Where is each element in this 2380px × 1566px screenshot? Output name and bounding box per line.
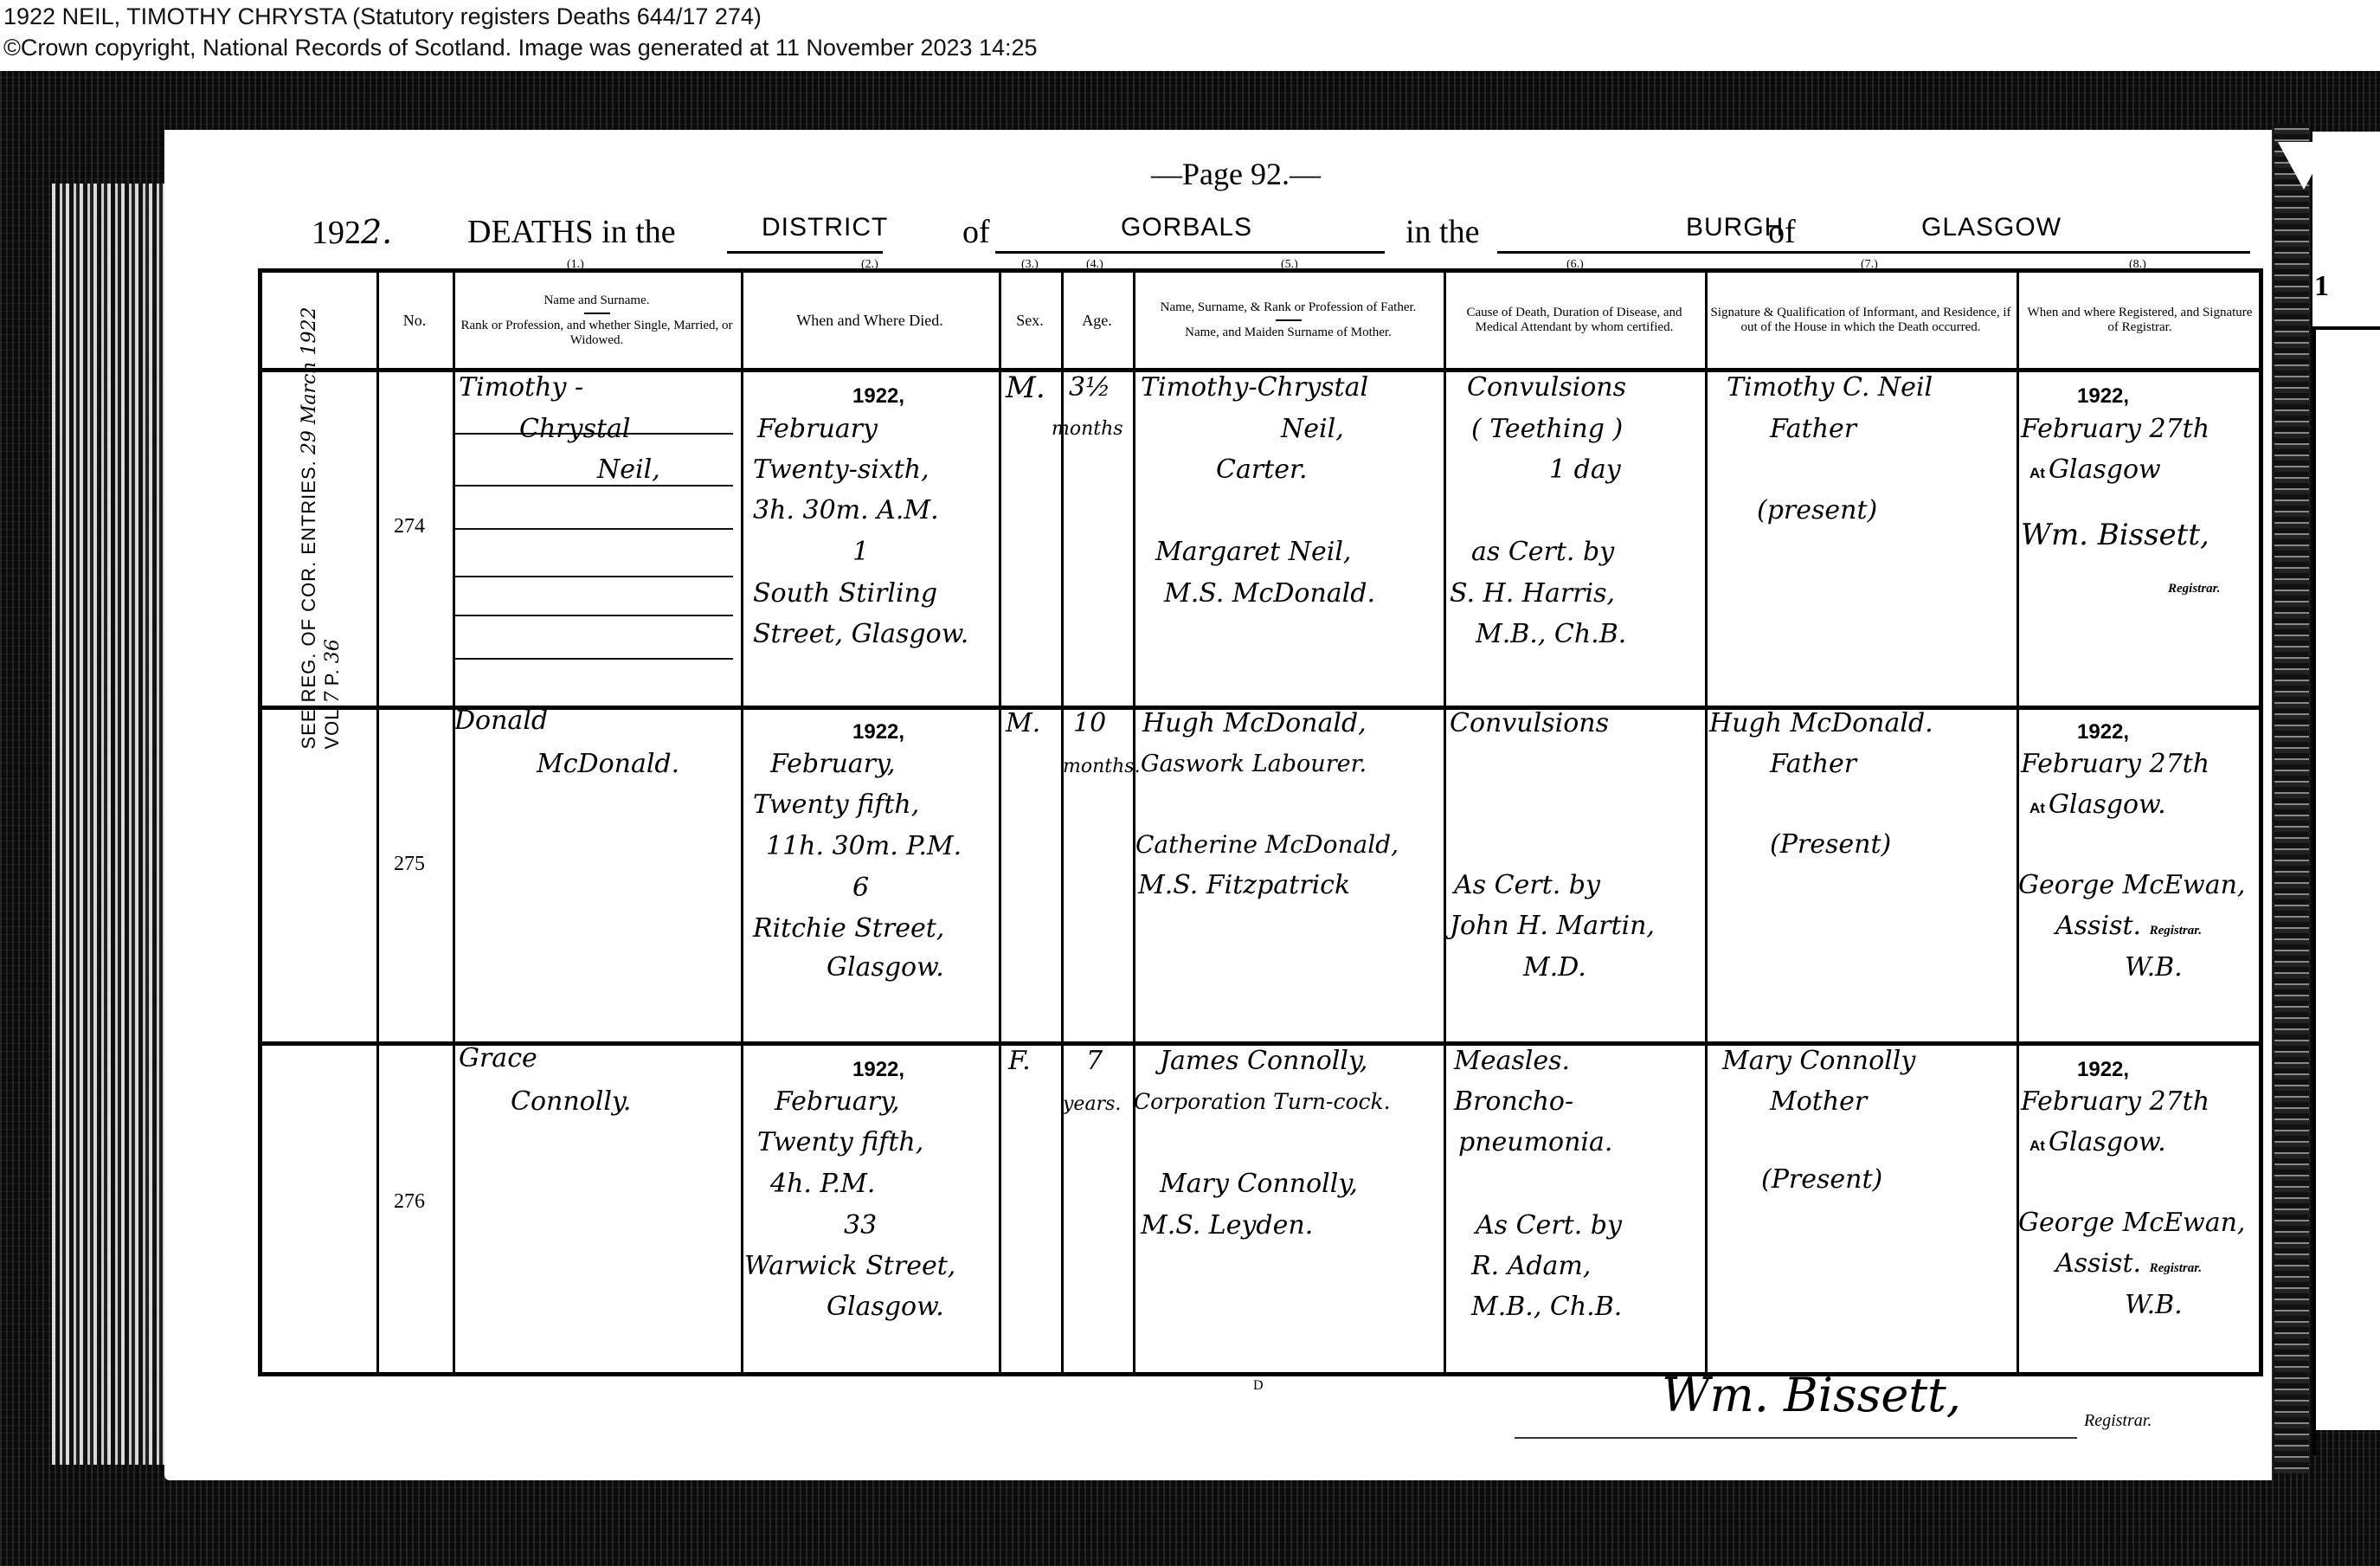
age-value: 10 bbox=[1073, 708, 1106, 739]
death-place: South Stirling bbox=[753, 578, 937, 609]
register-heading: 1922. DEATHS in the DISTRICT of GORBALS … bbox=[312, 208, 2250, 260]
heading-year: 1922. bbox=[312, 213, 392, 252]
deceased-name: Timothy - bbox=[459, 372, 583, 403]
mother-maiden-name: M.S. Leyden. bbox=[1141, 1210, 1313, 1241]
mother-name: Catherine McDonald, bbox=[1135, 829, 1399, 860]
header-parents-bottom: Name, and Maiden Surname of Mother. bbox=[1185, 325, 1392, 340]
registration-place: AtGlasgow. bbox=[2029, 789, 2166, 824]
facing-page: 1 bbox=[2312, 132, 2380, 1430]
registration-year: 1922, bbox=[2077, 1054, 2129, 1086]
death-month: February bbox=[757, 414, 878, 445]
age-unit: months bbox=[1052, 414, 1123, 445]
ruled-line bbox=[454, 576, 733, 577]
header-separator bbox=[1276, 319, 1302, 321]
informant-qualification: Father bbox=[1770, 749, 1856, 780]
column-divider bbox=[741, 273, 743, 1372]
header-registered: When and where Registered, and Signature… bbox=[2017, 273, 2263, 368]
margin-note-date: 29 March 1922 bbox=[299, 306, 320, 454]
header-parents-top: Name, Surname, & Rank or Profession of F… bbox=[1161, 300, 1417, 315]
cause-of-death: ( Teething ) bbox=[1471, 414, 1623, 445]
medical-qualification: M.B., Ch.B. bbox=[1476, 619, 1626, 650]
death-place: Street, Glasgow. bbox=[753, 619, 968, 650]
death-day: Twenty-sixth, bbox=[753, 454, 929, 486]
mother-maiden-name: M.S. Fitzpatrick bbox=[1138, 870, 1350, 901]
header-separator bbox=[584, 313, 610, 314]
margin-note-page: 36 bbox=[322, 639, 344, 663]
sex: M. bbox=[1006, 372, 1045, 403]
header-cause-label: Cause of Death, Duration of Disease, and… bbox=[1449, 306, 1700, 335]
death-year: 1922, bbox=[852, 381, 904, 412]
registrar-label: Registrar. bbox=[2150, 1261, 2202, 1275]
father-name: Timothy-Chrystal bbox=[1141, 372, 1368, 403]
registration-date: February 27th bbox=[2021, 414, 2210, 445]
certified-by-label: as Cert. by bbox=[1471, 537, 1614, 568]
ruled-line bbox=[454, 658, 733, 660]
heading-of-1: of bbox=[962, 213, 990, 251]
deceased-name: Grace bbox=[459, 1043, 537, 1074]
header-cause: Cause of Death, Duration of Disease, and… bbox=[1444, 273, 1705, 368]
informant-qualification: Mother bbox=[1770, 1086, 1867, 1118]
death-house-number: 33 bbox=[844, 1210, 877, 1241]
registration-place-name: Glasgow bbox=[2049, 454, 2161, 485]
ruled-line bbox=[454, 485, 733, 487]
father-name: Hugh McDonald, bbox=[1142, 708, 1367, 739]
heading-in-the: in the bbox=[1405, 213, 1479, 251]
facing-page-year: 1 bbox=[2314, 270, 2329, 303]
heading-deaths-label: DEATHS in the bbox=[467, 213, 676, 251]
registration-date: February 27th bbox=[2021, 749, 2210, 780]
informant-qualification: Father bbox=[1770, 414, 1856, 445]
district-type-underline bbox=[727, 251, 883, 254]
death-place: Warwick Street, bbox=[744, 1251, 955, 1282]
death-house-number: 1 bbox=[852, 537, 869, 568]
corrected-entries-note: SEE REG. OF COR. ENTRIES. 29 March 1922 … bbox=[262, 372, 379, 706]
registrar-label: Registrar. bbox=[2168, 582, 2220, 596]
medical-attendant: S. H. Harris, bbox=[1450, 578, 1615, 609]
margin-note-text: SEE REG. OF COR. ENTRIES. 29 March 1922 … bbox=[298, 306, 344, 749]
informant-signature: Mary Connolly bbox=[1722, 1046, 1915, 1077]
deceased-name: Neil, bbox=[597, 454, 660, 486]
father-occupation: Gaswork Labourer. bbox=[1141, 749, 1367, 780]
registrar-signature: George McEwan, bbox=[2018, 870, 2245, 901]
year-printed: 192 bbox=[312, 215, 361, 251]
father-name: Neil, bbox=[1281, 414, 1344, 445]
death-year: 1922, bbox=[852, 717, 904, 748]
death-month: February, bbox=[775, 1086, 900, 1118]
informant-signature: Hugh McDonald. bbox=[1709, 708, 1933, 739]
medical-attendant: John H. Martin, bbox=[1450, 911, 1655, 942]
heading-of-2: of bbox=[1768, 213, 1796, 251]
informant-residence: (present) bbox=[1757, 495, 1877, 526]
cause-of-death: Broncho- bbox=[1454, 1086, 1573, 1118]
burgh-type-underline bbox=[1497, 251, 1809, 254]
margin-note-printed: SEE REG. OF COR. ENTRIES. bbox=[298, 460, 319, 749]
cause-of-death: pneumonia. bbox=[1458, 1127, 1612, 1158]
year-handwritten: 2. bbox=[361, 213, 392, 251]
registrar-role: Assist. Registrar. bbox=[2055, 911, 2202, 946]
burgh-name: GLASGOW bbox=[1921, 213, 2062, 242]
death-house-number: 6 bbox=[852, 873, 869, 904]
page-number: —Page 92.— bbox=[1151, 156, 1321, 192]
mother-maiden-name: M.S. McDonald. bbox=[1164, 578, 1375, 609]
header-sex-label: Sex. bbox=[1016, 313, 1044, 328]
registration-place-name: Glasgow. bbox=[2049, 1127, 2166, 1157]
registrar-initials: W.B. bbox=[2125, 952, 2183, 983]
ruled-line bbox=[454, 528, 733, 530]
registration-date: February 27th bbox=[2021, 1086, 2210, 1118]
column-divider bbox=[453, 273, 455, 1372]
facing-page-table-edge bbox=[2312, 326, 2380, 1455]
registration-place: AtGlasgow. bbox=[2029, 1127, 2166, 1162]
deceased-name: Donald bbox=[454, 706, 548, 737]
registration-year: 1922, bbox=[2077, 381, 2129, 412]
header-age-label: Age. bbox=[1082, 313, 1112, 328]
informant-residence: (Present) bbox=[1770, 829, 1891, 860]
registrar-role-prefix: Assist. bbox=[2055, 1248, 2141, 1279]
father-name: James Connolly, bbox=[1160, 1046, 1367, 1077]
header-parents: Name, Surname, & Rank or Profession of F… bbox=[1133, 273, 1444, 368]
informant-signature: Timothy C. Neil bbox=[1727, 372, 1933, 403]
registrar-label: Registrar. bbox=[2150, 924, 2202, 938]
registrar-signature: Wm. Bissett, bbox=[2021, 519, 2210, 551]
death-place: Glasgow. bbox=[827, 952, 944, 983]
death-day: Twenty fifth, bbox=[757, 1127, 923, 1158]
death-time: 11h. 30m. P.M. bbox=[766, 831, 962, 862]
sex: M. bbox=[1006, 708, 1040, 739]
registrar-initials: W.B. bbox=[2125, 1290, 2183, 1321]
cause-of-death: Convulsions bbox=[1467, 372, 1626, 403]
signature-line bbox=[1515, 1437, 2077, 1439]
entry-number: 274 bbox=[394, 515, 425, 538]
deceased-name: Chrystal bbox=[519, 414, 631, 445]
death-day: Twenty fifth, bbox=[753, 789, 919, 821]
header-no-label: No. bbox=[403, 313, 427, 328]
at-label: At bbox=[2029, 800, 2045, 816]
header-name-top: Name and Surname. bbox=[544, 293, 649, 308]
registrar-signature: George McEwan, bbox=[2018, 1208, 2245, 1239]
deceased-name: Connolly. bbox=[511, 1086, 631, 1118]
certified-by-label: As Cert. by bbox=[1454, 870, 1600, 901]
header-when-where-label: When and Where Died. bbox=[796, 313, 943, 328]
medical-attendant: R. Adam, bbox=[1471, 1251, 1591, 1282]
record-title: 1922 NEIL, TIMOTHY CHRYSTA (Statutory re… bbox=[3, 3, 762, 30]
mother-name: Mary Connolly, bbox=[1160, 1169, 1358, 1200]
father-occupation: Corporation Turn-cock. bbox=[1134, 1086, 1391, 1118]
death-time: 3h. 30m. A.M. bbox=[753, 495, 939, 526]
burgh-name-underline bbox=[1809, 251, 2250, 254]
column-divider bbox=[1444, 273, 1446, 1372]
age-value: 7 bbox=[1086, 1046, 1103, 1077]
death-place: Glasgow. bbox=[827, 1292, 944, 1323]
margin-note-vol: 7 bbox=[322, 691, 344, 703]
ruled-line bbox=[454, 615, 733, 616]
registration-year: 1922, bbox=[2077, 717, 2129, 748]
book-spine bbox=[2274, 123, 2309, 1473]
entry-number: 276 bbox=[394, 1190, 425, 1214]
header-informant: Signature & Qualification of Informant, … bbox=[1705, 273, 2017, 368]
at-label: At bbox=[2029, 465, 2045, 481]
father-occupation: Carter. bbox=[1216, 454, 1308, 486]
margin-note-page-label: P. bbox=[321, 668, 343, 686]
registration-place-name: Glasgow. bbox=[2049, 789, 2166, 820]
header-no: No. bbox=[376, 273, 453, 368]
district-name-underline bbox=[995, 251, 1385, 254]
certified-by-label: As Cert. by bbox=[1476, 1210, 1622, 1241]
page-registrar-signature: Wm. Bissett, bbox=[1662, 1368, 1961, 1422]
page-registrar-label: Registrar. bbox=[2084, 1411, 2152, 1431]
header-sex: Sex. bbox=[999, 273, 1061, 368]
page-mark: D bbox=[1253, 1378, 1264, 1394]
column-divider bbox=[1133, 273, 1135, 1372]
header-age: Age. bbox=[1061, 273, 1133, 368]
death-year: 1922, bbox=[852, 1054, 904, 1086]
medical-qualification: M.B., Ch.B. bbox=[1471, 1292, 1622, 1323]
disease-duration: 1 day bbox=[1549, 454, 1621, 486]
sex: F. bbox=[1008, 1046, 1031, 1077]
registrar-role-prefix: Assist. bbox=[2055, 911, 2141, 941]
age-unit: months. bbox=[1063, 751, 1141, 783]
copyright-notice: ©Crown copyright, National Records of Sc… bbox=[3, 35, 1038, 61]
at-label: At bbox=[2029, 1137, 2045, 1154]
column-divider bbox=[1705, 273, 1708, 1372]
death-month: February, bbox=[770, 749, 896, 780]
margin-note-vol-label: VOL bbox=[321, 708, 343, 749]
cause-of-death: Convulsions bbox=[1450, 708, 1609, 739]
informant-residence: (Present) bbox=[1761, 1164, 1882, 1195]
district-type: DISTRICT bbox=[762, 213, 888, 242]
header-registered-label: When and where Registered, and Signature… bbox=[2022, 306, 2258, 335]
district-name: GORBALS bbox=[1121, 213, 1252, 242]
entry-number: 275 bbox=[394, 853, 425, 876]
registrar-role: Assist. Registrar. bbox=[2055, 1248, 2202, 1284]
header-name-bottom: Rank or Profession, and whether Single, … bbox=[458, 319, 736, 348]
death-time: 4h. P.M. bbox=[770, 1169, 875, 1200]
mother-name: Margaret Neil, bbox=[1155, 537, 1351, 568]
age-value: 3½ bbox=[1069, 372, 1110, 403]
age-unit: years. bbox=[1063, 1089, 1121, 1120]
column-divider bbox=[999, 273, 1001, 1372]
death-place: Ritchie Street, bbox=[753, 913, 944, 944]
header-informant-label: Signature & Qualification of Informant, … bbox=[1710, 306, 2011, 335]
header-name: Name and Surname. Rank or Profession, an… bbox=[453, 273, 741, 368]
medical-qualification: M.D. bbox=[1523, 952, 1586, 983]
header-when-where: When and Where Died. bbox=[741, 273, 999, 368]
cause-of-death: Measles. bbox=[1454, 1046, 1570, 1077]
registration-place: AtGlasgow bbox=[2029, 454, 2161, 489]
deceased-name: McDonald. bbox=[537, 749, 679, 780]
